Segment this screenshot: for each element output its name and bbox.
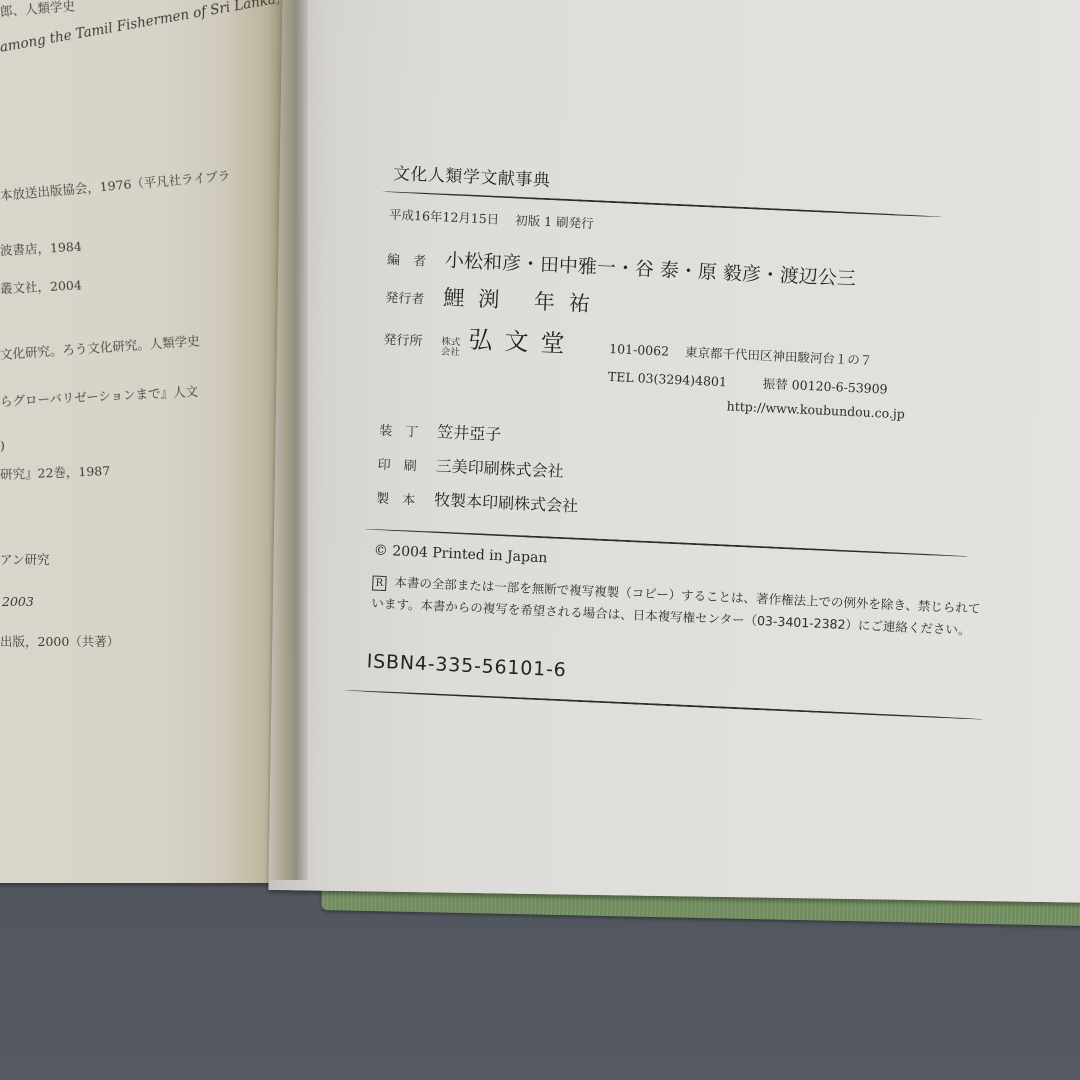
left-page-line: ) (0, 438, 5, 453)
postal-transfer-account: 振替 00120-6-53909 (762, 376, 887, 397)
telephone: TEL 03(3294)4801 (608, 369, 728, 389)
kabushiki-kaisha-mark: 株式 会社 (441, 337, 461, 358)
left-page-line: 波書店，1984 (0, 237, 82, 259)
publisher-url-line: http://www.koubundou.co.jp (726, 398, 905, 421)
publisher-tel-line: TEL 03(3294)4801 振替 00120-6-53909 (608, 367, 888, 398)
issuer-row: 発行者 鯉渕 年祐 (385, 279, 605, 319)
divider-rule (343, 689, 982, 720)
publisher-name: 弘文堂 (468, 320, 577, 360)
notice-text: 本書の全部または一部を無断で複写複製（コピー）することは、著作権法上での例外を除… (371, 574, 981, 637)
publisher-address-line: 101-0062 東京都千代田区神田駿河台１の７ (609, 339, 873, 369)
binding-design-label: 装 丁 (379, 420, 438, 442)
issuer-label: 発行者 (385, 287, 444, 309)
left-page-line: 本放送出版協会，1976（平凡社ライブラ (0, 166, 231, 204)
edition-line: 平成16年12月15日初版 1 刷発行 (389, 205, 594, 232)
left-page-line: 文化研究。ろう文化研究。人類学史 (0, 331, 200, 363)
left-page-line: らグローバリゼーションまで』人文 (0, 382, 198, 410)
edition-printing: 初版 1 刷発行 (515, 213, 594, 232)
bookbinder-value: 牧製本印刷株式会社 (434, 487, 579, 517)
reprographic-rights-icon: R (372, 575, 387, 591)
left-page-line: 郎、人類学史 (0, 0, 75, 20)
copyright-line: © 2004 Printed in Japan (373, 543, 547, 567)
address: 東京都千代田区神田駿河台１の７ (685, 344, 873, 367)
left-page-line: 2003 (2, 594, 34, 609)
left-page-line: 研究』22巻，1987 (0, 461, 110, 483)
photo-scene: 郎、人類学史 among the Tamil Fishermen of Sri … (0, 0, 1080, 1080)
left-page: 郎、人類学史 among the Tamil Fishermen of Sri … (0, 0, 285, 883)
left-page-line: 叢文社，2004 (0, 275, 82, 297)
printer-label: 印 刷 (377, 454, 436, 476)
printer-value: 三美印刷株式会社 (435, 453, 564, 482)
issuer-value: 鯉渕 年祐 (443, 281, 605, 318)
publisher-row: 発行所 株式 会社 弘文堂 (383, 316, 578, 366)
binding-design-value: 笠井亞子 (437, 419, 502, 445)
edition-date: 平成16年12月15日 (389, 207, 500, 227)
bookbinder-row: 製 本 牧製本印刷株式会社 (376, 485, 579, 517)
bookbinder-label: 製 本 (376, 488, 435, 510)
editors-label: 編 者 (387, 249, 446, 271)
publisher-url: http://www.koubundou.co.jp (726, 398, 905, 421)
book-title: 文化人類学文献事典 (392, 159, 550, 191)
printer-row: 印 刷 三美印刷株式会社 (377, 451, 564, 482)
publisher-label: 発行所 (383, 329, 442, 351)
kabushiki-bottom: 会社 (441, 347, 460, 358)
left-page-line: アン研究 (0, 550, 50, 568)
left-page-line: 出版，2000（共著） (0, 632, 119, 650)
colophon: 文化人類学文献事典 平成16年12月15日初版 1 刷発行 編 者 小松和彦・田… (346, 150, 1012, 758)
binding-design-row: 装 丁 笠井亞子 (379, 417, 502, 446)
copy-rights-notice: R本書の全部または一部を無断で複写複製（コピー）することは、著作権法上での例外を… (371, 570, 982, 642)
postal-code: 101-0062 (609, 341, 670, 359)
isbn: ISBN4-335-56101-6 (366, 650, 567, 681)
